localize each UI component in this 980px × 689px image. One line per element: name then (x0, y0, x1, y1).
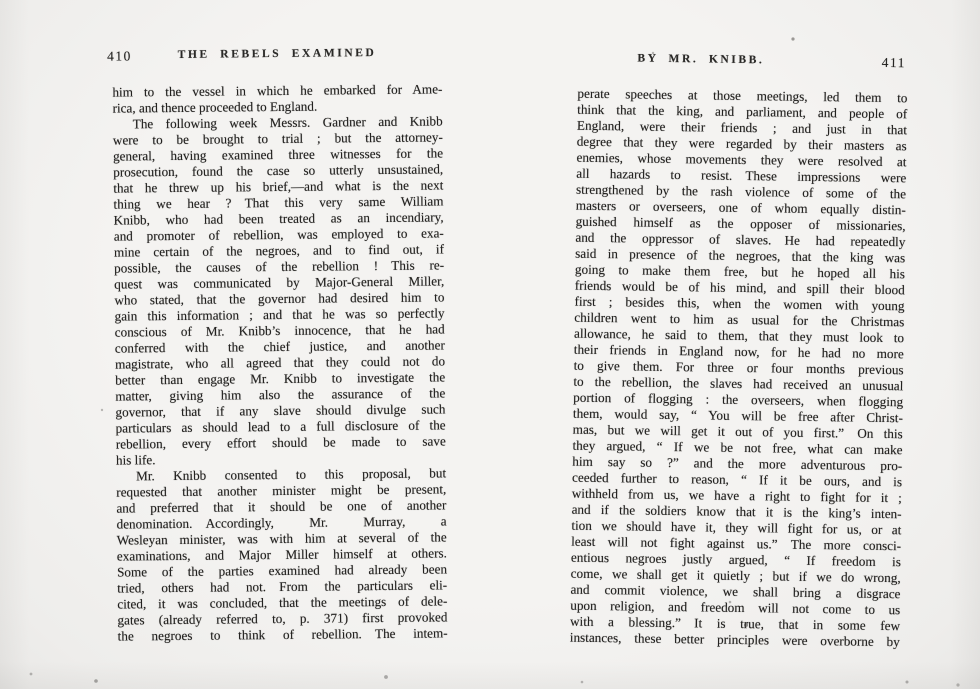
text-line: instances, these better principles were … (570, 630, 900, 651)
right-page-number: 411 (882, 55, 906, 71)
text-line: rebellion, every effort should be made t… (116, 433, 446, 452)
right-page: BY MR. KNIBB. 411 perate speeches at tho… (570, 52, 908, 651)
left-page: 410 THE REBELS EXAMINED him to the vesse… (112, 46, 448, 644)
right-running-head: BY MR. KNIBB. (536, 51, 866, 68)
left-running-head: THE REBELS EXAMINED (112, 46, 442, 61)
text-line: him to the vessel in which he embarked f… (112, 81, 442, 100)
left-page-body: him to the vessel in which he embarked f… (112, 81, 447, 644)
right-page-header: BY MR. KNIBB. 411 (578, 52, 908, 75)
book-scan: 410 THE REBELS EXAMINED him to the vesse… (0, 0, 980, 689)
right-page-body: perate speeches at those meetings, led t… (570, 86, 908, 651)
left-page-header: 410 THE REBELS EXAMINED (112, 46, 442, 67)
text-line: the negroes to think of rebellion. The i… (118, 625, 448, 644)
scan-dust-specks (0, 0, 2, 2)
left-page-number: 410 (107, 48, 132, 64)
